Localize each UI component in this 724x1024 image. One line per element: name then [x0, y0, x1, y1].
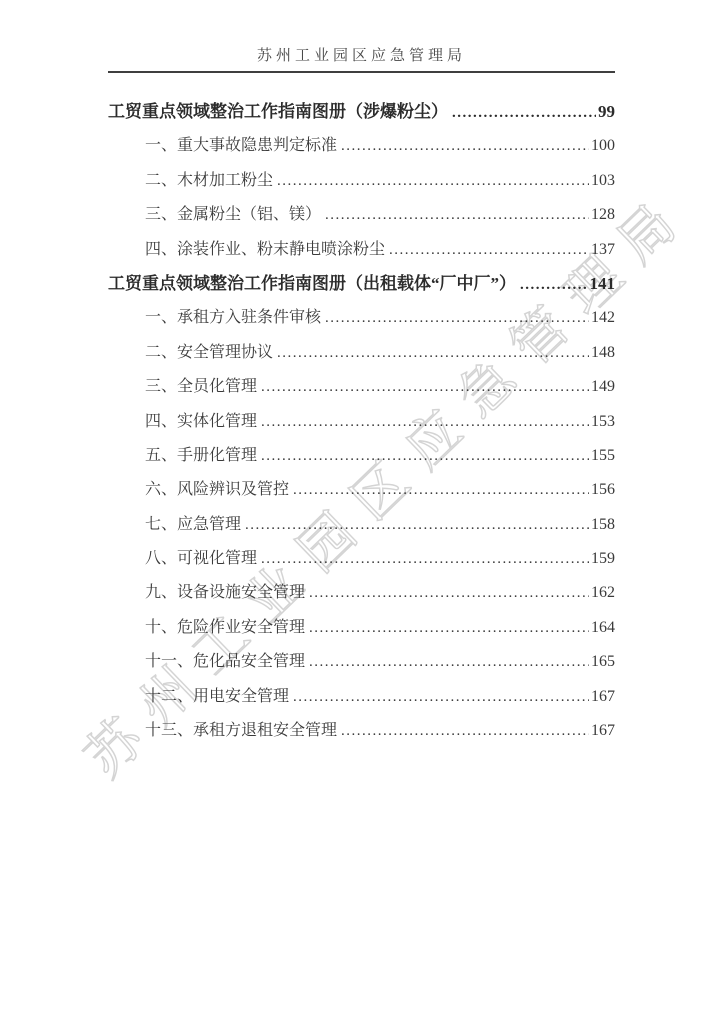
dot-leader [452, 96, 596, 130]
toc-entry: 四、涂装作业、粉末静电喷涂粉尘 137 [108, 233, 615, 267]
toc-entry: 三、金属粉尘（铝、镁） 128 [108, 198, 615, 232]
toc-entry-label: 七、应急管理 [145, 508, 241, 542]
toc-entry-label: 一、重大事故隐患判定标准 [145, 129, 337, 163]
dot-leader [293, 680, 589, 714]
table-of-contents: 工贸重点领域整治工作指南图册（涉爆粉尘） 99 一、重大事故隐患判定标准 100… [108, 95, 615, 748]
toc-entry: 一、重大事故隐患判定标准 100 [108, 129, 615, 163]
toc-entry: 八、可视化管理 159 [108, 542, 615, 576]
toc-entry-label: 二、安全管理协议 [145, 336, 273, 370]
dot-leader [389, 233, 589, 267]
toc-entry-label: 六、风险辨识及管控 [145, 473, 289, 507]
toc-entry: 九、设备设施安全管理 162 [108, 576, 615, 610]
toc-entry-label: 八、可视化管理 [145, 542, 257, 576]
toc-page-number: 165 [591, 645, 615, 679]
dot-leader [341, 129, 589, 163]
toc-entry: 四、实体化管理 153 [108, 405, 615, 439]
toc-page-number: 142 [591, 301, 615, 335]
toc-entry: 二、木材加工粉尘 103 [108, 164, 615, 198]
toc-entry-label: 十、危险作业安全管理 [145, 611, 305, 645]
toc-entry-label: 十一、危化品安全管理 [145, 645, 305, 679]
dot-leader [261, 542, 589, 576]
header-rule [108, 71, 615, 73]
toc-entry-label: 三、金属粉尘（铝、镁） [145, 198, 321, 232]
toc-page-number: 162 [591, 576, 615, 610]
toc-section-title: 工贸重点领域整治工作指南图册（涉爆粉尘） [108, 95, 448, 129]
toc-page-number: 100 [591, 129, 615, 163]
toc-section-heading: 工贸重点领域整治工作指南图册（涉爆粉尘） 99 [108, 95, 615, 129]
dot-leader [293, 473, 589, 507]
dot-leader [261, 405, 589, 439]
toc-page-number: 141 [590, 267, 616, 301]
toc-entry: 三、全员化管理 149 [108, 370, 615, 404]
document-page: 苏州工业园区应急管理局 苏州工业园区应急管理局 工贸重点领域整治工作指南图册（涉… [0, 0, 724, 1024]
toc-page-number: 155 [591, 439, 615, 473]
dot-leader [245, 508, 589, 542]
toc-entry-label: 一、承租方入驻条件审核 [145, 301, 321, 335]
dot-leader [261, 439, 589, 473]
dot-leader [325, 301, 589, 335]
toc-entry-label: 九、设备设施安全管理 [145, 576, 305, 610]
toc-entry-label: 三、全员化管理 [145, 370, 257, 404]
toc-entry: 六、风险辨识及管控 156 [108, 473, 615, 507]
toc-entry-label: 五、手册化管理 [145, 439, 257, 473]
toc-page-number: 159 [591, 542, 615, 576]
toc-page-number: 137 [591, 233, 615, 267]
page-header-title: 苏州工业园区应急管理局 [108, 44, 615, 65]
dot-leader [277, 164, 589, 198]
toc-page-number: 128 [591, 198, 615, 232]
toc-page-number: 148 [591, 336, 615, 370]
toc-page-number: 164 [591, 611, 615, 645]
toc-page-number: 167 [591, 714, 615, 748]
toc-entry: 七、应急管理 158 [108, 508, 615, 542]
toc-entry: 二、安全管理协议 148 [108, 336, 615, 370]
toc-page-number: 103 [591, 164, 615, 198]
dot-leader [261, 370, 589, 404]
toc-page-number: 156 [591, 473, 615, 507]
toc-entry: 五、手册化管理 155 [108, 439, 615, 473]
dot-leader [309, 576, 589, 610]
toc-section-heading: 工贸重点领域整治工作指南图册（出租载体“厂中厂”） 141 [108, 267, 615, 301]
toc-page-number: 167 [591, 680, 615, 714]
toc-entry: 十二、用电安全管理 167 [108, 680, 615, 714]
toc-entry-label: 十三、承租方退租安全管理 [145, 714, 337, 748]
toc-entry: 十三、承租方退租安全管理 167 [108, 714, 615, 748]
dot-leader [309, 611, 589, 645]
dot-leader [520, 268, 588, 302]
dot-leader [341, 714, 589, 748]
toc-entry-label: 四、涂装作业、粉末静电喷涂粉尘 [145, 233, 385, 267]
dot-leader [277, 336, 589, 370]
toc-entry-label: 十二、用电安全管理 [145, 680, 289, 714]
dot-leader [309, 645, 589, 679]
dot-leader [325, 198, 589, 232]
toc-entry-label: 四、实体化管理 [145, 405, 257, 439]
toc-page-number: 158 [591, 508, 615, 542]
toc-section-title: 工贸重点领域整治工作指南图册（出租载体“厂中厂”） [108, 267, 516, 301]
toc-page-number: 153 [591, 405, 615, 439]
toc-entry: 十一、危化品安全管理 165 [108, 645, 615, 679]
toc-page-number: 99 [598, 95, 615, 129]
toc-entry: 一、承租方入驻条件审核 142 [108, 301, 615, 335]
toc-page-number: 149 [591, 370, 615, 404]
toc-entry-label: 二、木材加工粉尘 [145, 164, 273, 198]
toc-entry: 十、危险作业安全管理 164 [108, 611, 615, 645]
